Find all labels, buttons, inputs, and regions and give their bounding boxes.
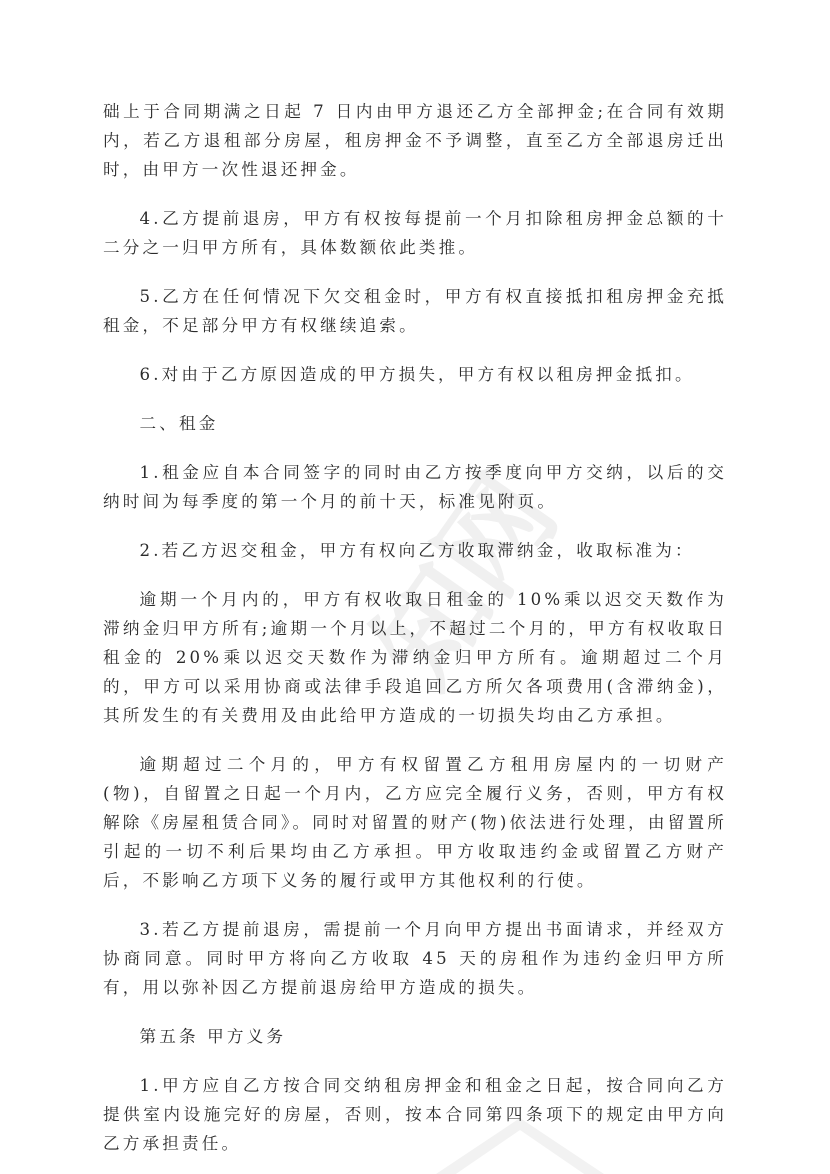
paragraph-rent-1: 1.租金应自本合同签字的同时由乙方按季度向甲方交纳，以后的交纳时间为每季度的第一…: [103, 458, 727, 516]
paragraph-rent-2: 2.若乙方迟交租金，甲方有权向乙方收取滞纳金，收取标准为：: [103, 536, 727, 565]
paragraph-overdue-2: 逾期超过二个月的，甲方有权留置乙方租用房屋内的一切财产(物)，自留置之日起一个月…: [103, 750, 727, 895]
section-heading-article-5: 第五条 甲方义务: [103, 1022, 727, 1051]
paragraph-overdue-1: 逾期一个月内的，甲方有权收取日租金的 10%乘以迟交天数作为滞纳金归甲方所有;逾…: [103, 585, 727, 730]
paragraph-item-6: 6.对由于乙方原因造成的甲方损失，甲方有权以租房押金抵扣。: [103, 360, 727, 389]
document-page: 础上于合同期满之日起 7 日内由甲方退还乙方全部押金;在合同有效期内，若乙方退租…: [103, 97, 727, 1174]
paragraph-item-4: 4.乙方提前退房，甲方有权按每提前一个月扣除租房押金总额的十二分之一归甲方所有，…: [103, 204, 727, 262]
paragraph-item-5: 5.乙方在任何情况下欠交租金时，甲方有权直接抵扣租房押金充抵租金，不足部分甲方有…: [103, 282, 727, 340]
paragraph-rent-3: 3.若乙方提前退房，需提前一个月向甲方提出书面请求，并经双方协商同意。同时甲方将…: [103, 915, 727, 1002]
paragraph-article-5-1: 1.甲方应自乙方按合同交纳租房押金和租金之日起，按合同向乙方提供室内设施完好的房…: [103, 1071, 727, 1158]
section-heading-rent: 二、租金: [103, 409, 727, 438]
paragraph-deposit-return: 础上于合同期满之日起 7 日内由甲方退还乙方全部押金;在合同有效期内，若乙方退租…: [103, 97, 727, 184]
